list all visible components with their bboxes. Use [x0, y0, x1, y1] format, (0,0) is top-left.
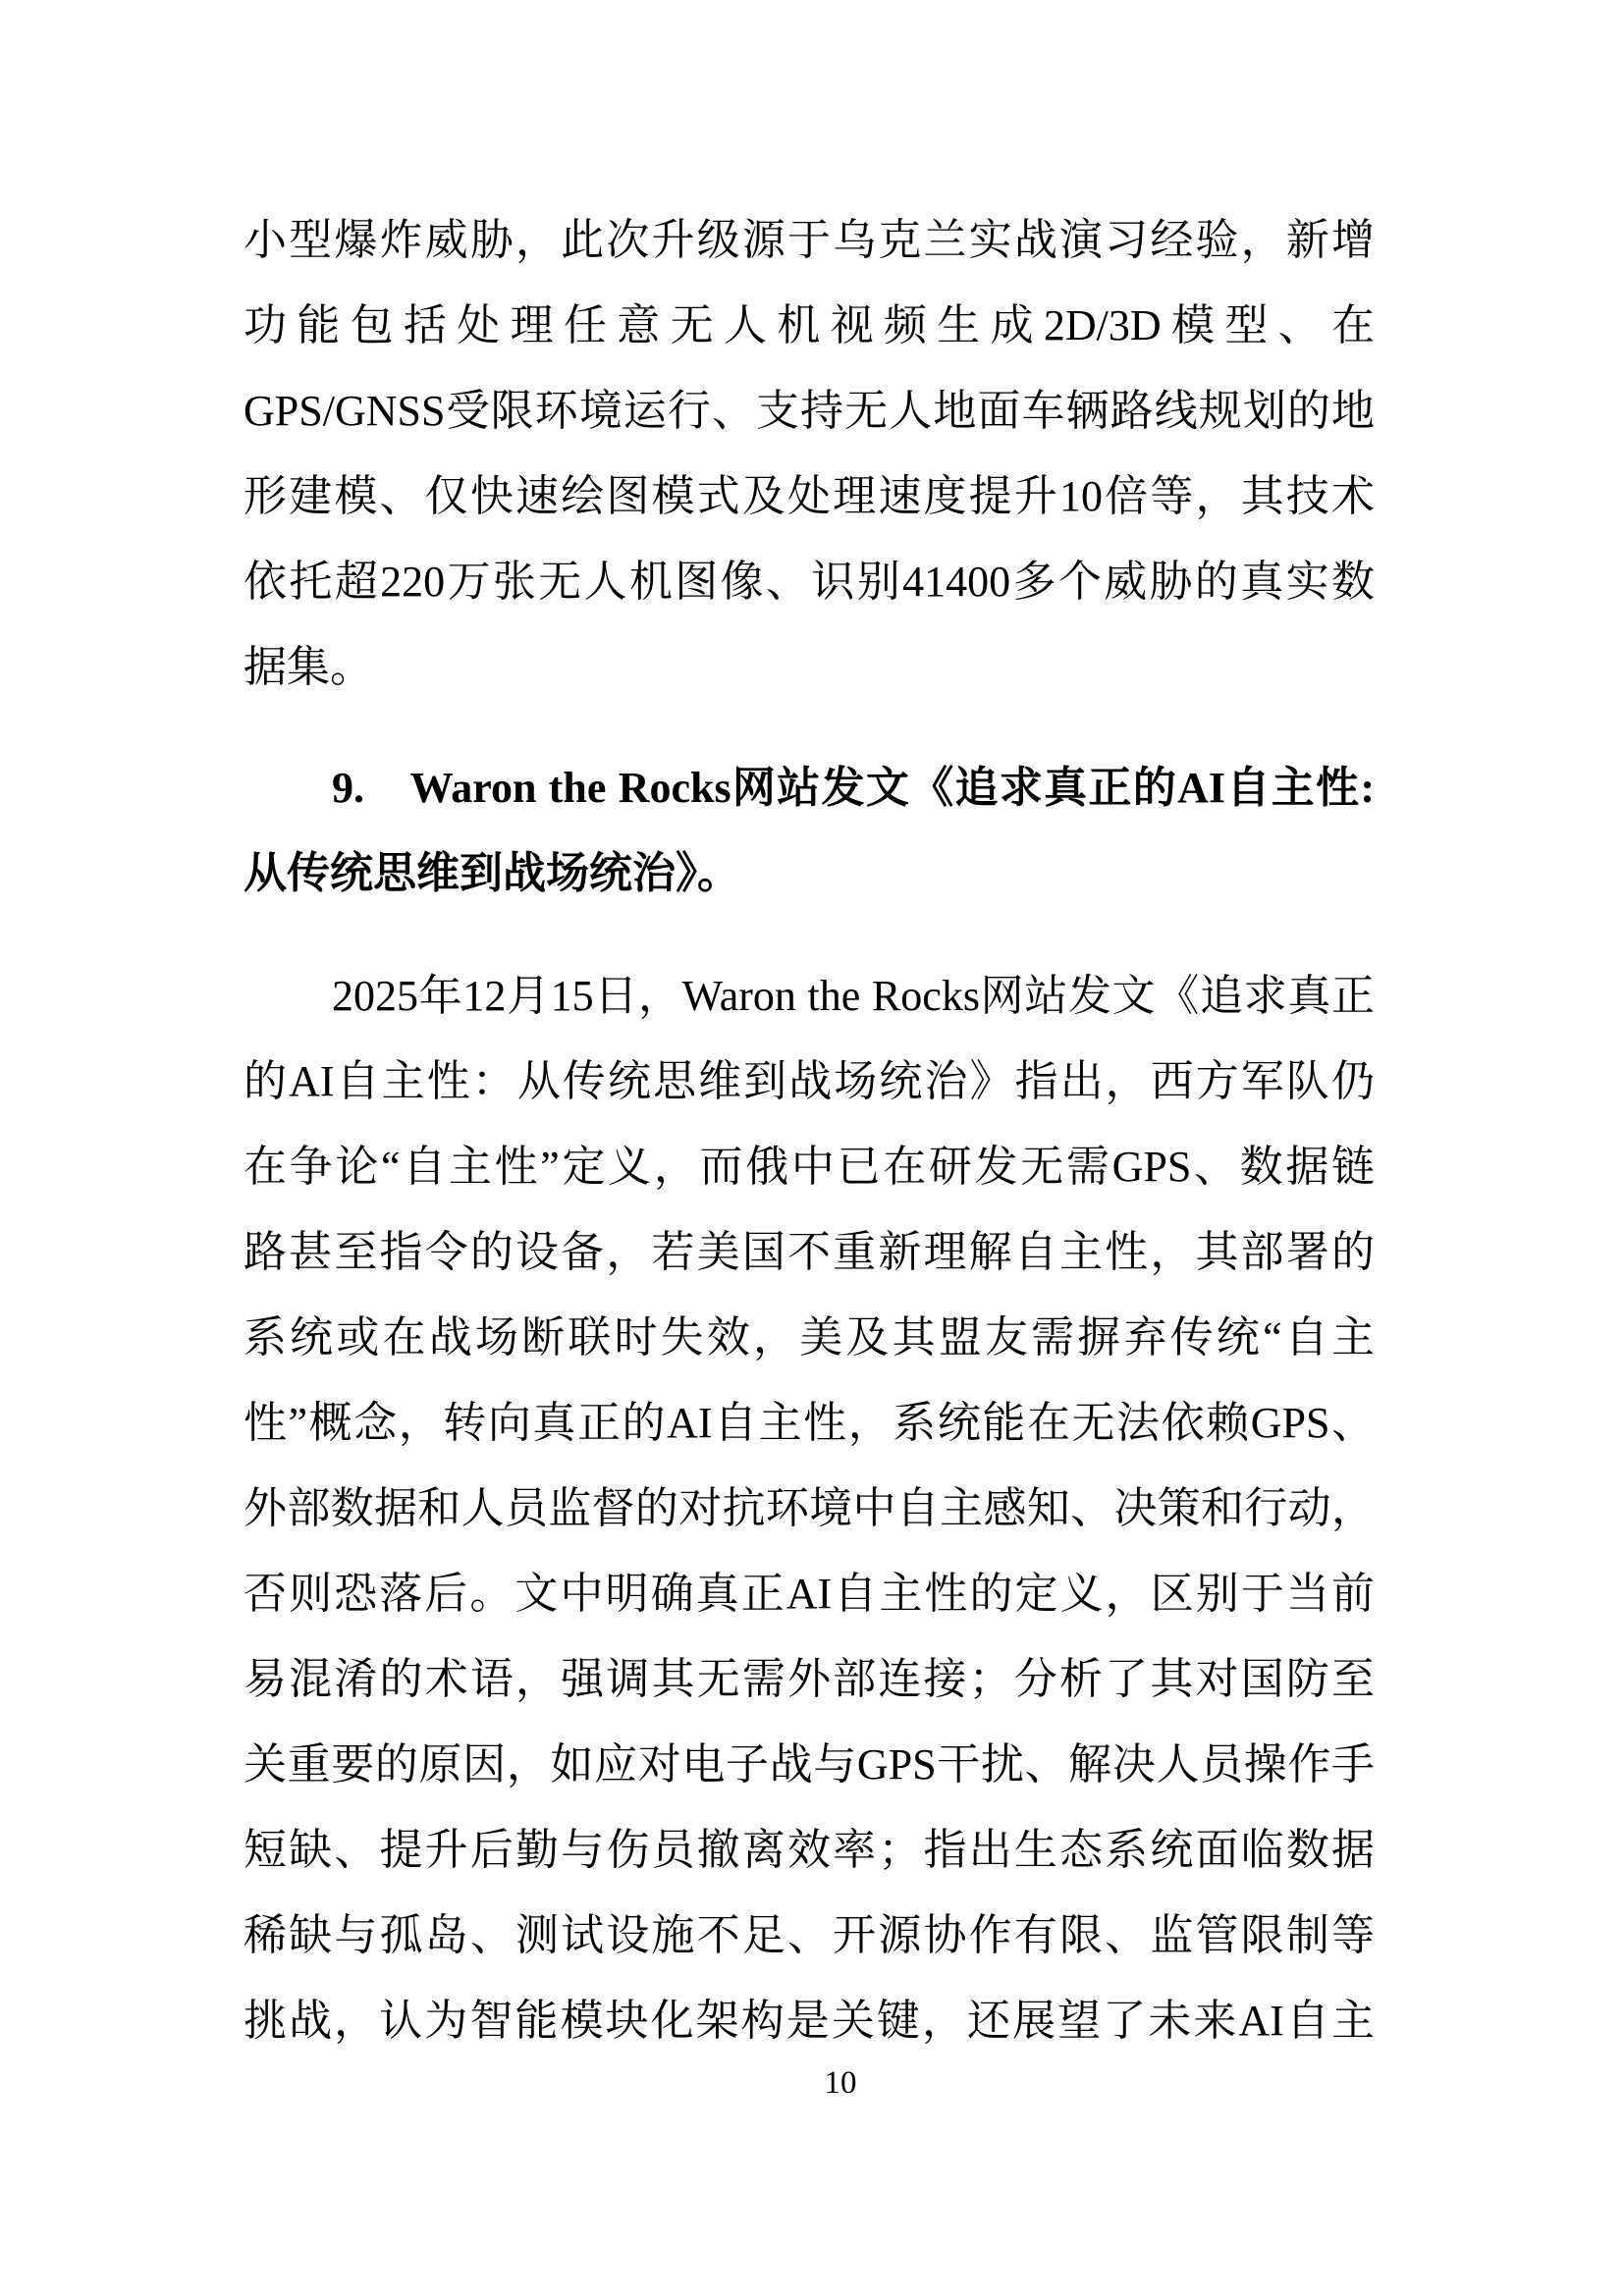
text-line: 9. Waron the Rocks网站发文《追求真正的AI自主性: [244, 745, 1375, 830]
text-line: 在争论“自主性”定义，而俄中已在研发无需GPS、数据链 [244, 1124, 1375, 1209]
text-line: 功能包括处理任意无人机视频生成2D/3D模型、在 [244, 283, 1375, 368]
text-line: 2025年12月15日，Waron the Rocks网站发文《追求真正 [244, 953, 1375, 1039]
text-line: 外部数据和人员监督的对抗环境中自主感知、决策和行动， [244, 1466, 1375, 1551]
text-line: 小型爆炸威胁，此次升级源于乌克兰实战演习经验，新增 [244, 197, 1375, 283]
text-line: 依托超220万张无人机图像、识别41400多个威胁的真实数 [244, 539, 1375, 624]
text-content: 小型爆炸威胁，此次升级源于乌克兰实战演习经验，新增功能包括处理任意无人机视频生成… [244, 197, 1375, 2063]
text-line: 性”概念，转向真正的AI自主性，系统能在无法依赖GPS、 [244, 1380, 1375, 1466]
page-number: 10 [28, 2063, 1624, 2103]
paragraph-body: 2025年12月15日，Waron the Rocks网站发文《追求真正的AI自… [244, 953, 1375, 2063]
text-line: 易混淆的术语，强调其无需外部连接；分析了其对国防至 [244, 1636, 1375, 1722]
text-line: 系统或在战场断联时失效，美及其盟友需摒弃传统“自主 [244, 1295, 1375, 1380]
text-line: 据集。 [244, 624, 1375, 710]
paragraph-continuation: 小型爆炸威胁，此次升级源于乌克兰实战演习经验，新增功能包括处理任意无人机视频生成… [244, 197, 1375, 710]
text-line: 从传统思维到战场统治》。 [244, 830, 1375, 916]
section-heading: 9. Waron the Rocks网站发文《追求真正的AI自主性:从传统思维到… [244, 745, 1375, 916]
text-line: 否则恐落后。文中明确真正AI自主性的定义，区别于当前 [244, 1551, 1375, 1636]
text-line: 挑战，认为智能模块化架构是关键，还展望了未来AI自主 [244, 1978, 1375, 2063]
text-line: 短缺、提升后勤与伤员撤离效率；指出生态系统面临数据 [244, 1807, 1375, 1893]
text-line: 稀缺与孤岛、测试设施不足、开源协作有限、监管限制等 [244, 1893, 1375, 1978]
text-line: 关重要的原因，如应对电子战与GPS干扰、解决人员操作手 [244, 1722, 1375, 1807]
text-line: GPS/GNSS受限环境运行、支持无人地面车辆路线规划的地 [244, 368, 1375, 454]
document-page: 小型爆炸威胁，此次升级源于乌克兰实战演习经验，新增功能包括处理任意无人机视频生成… [0, 0, 1624, 2296]
text-line: 的AI自主性：从传统思维到战场统治》指出，西方军队仍 [244, 1039, 1375, 1124]
text-line: 形建模、仅快速绘图模式及处理速度提升10倍等，其技术 [244, 454, 1375, 539]
text-line: 路甚至指令的设备，若美国不重新理解自主性，其部署的 [244, 1209, 1375, 1295]
